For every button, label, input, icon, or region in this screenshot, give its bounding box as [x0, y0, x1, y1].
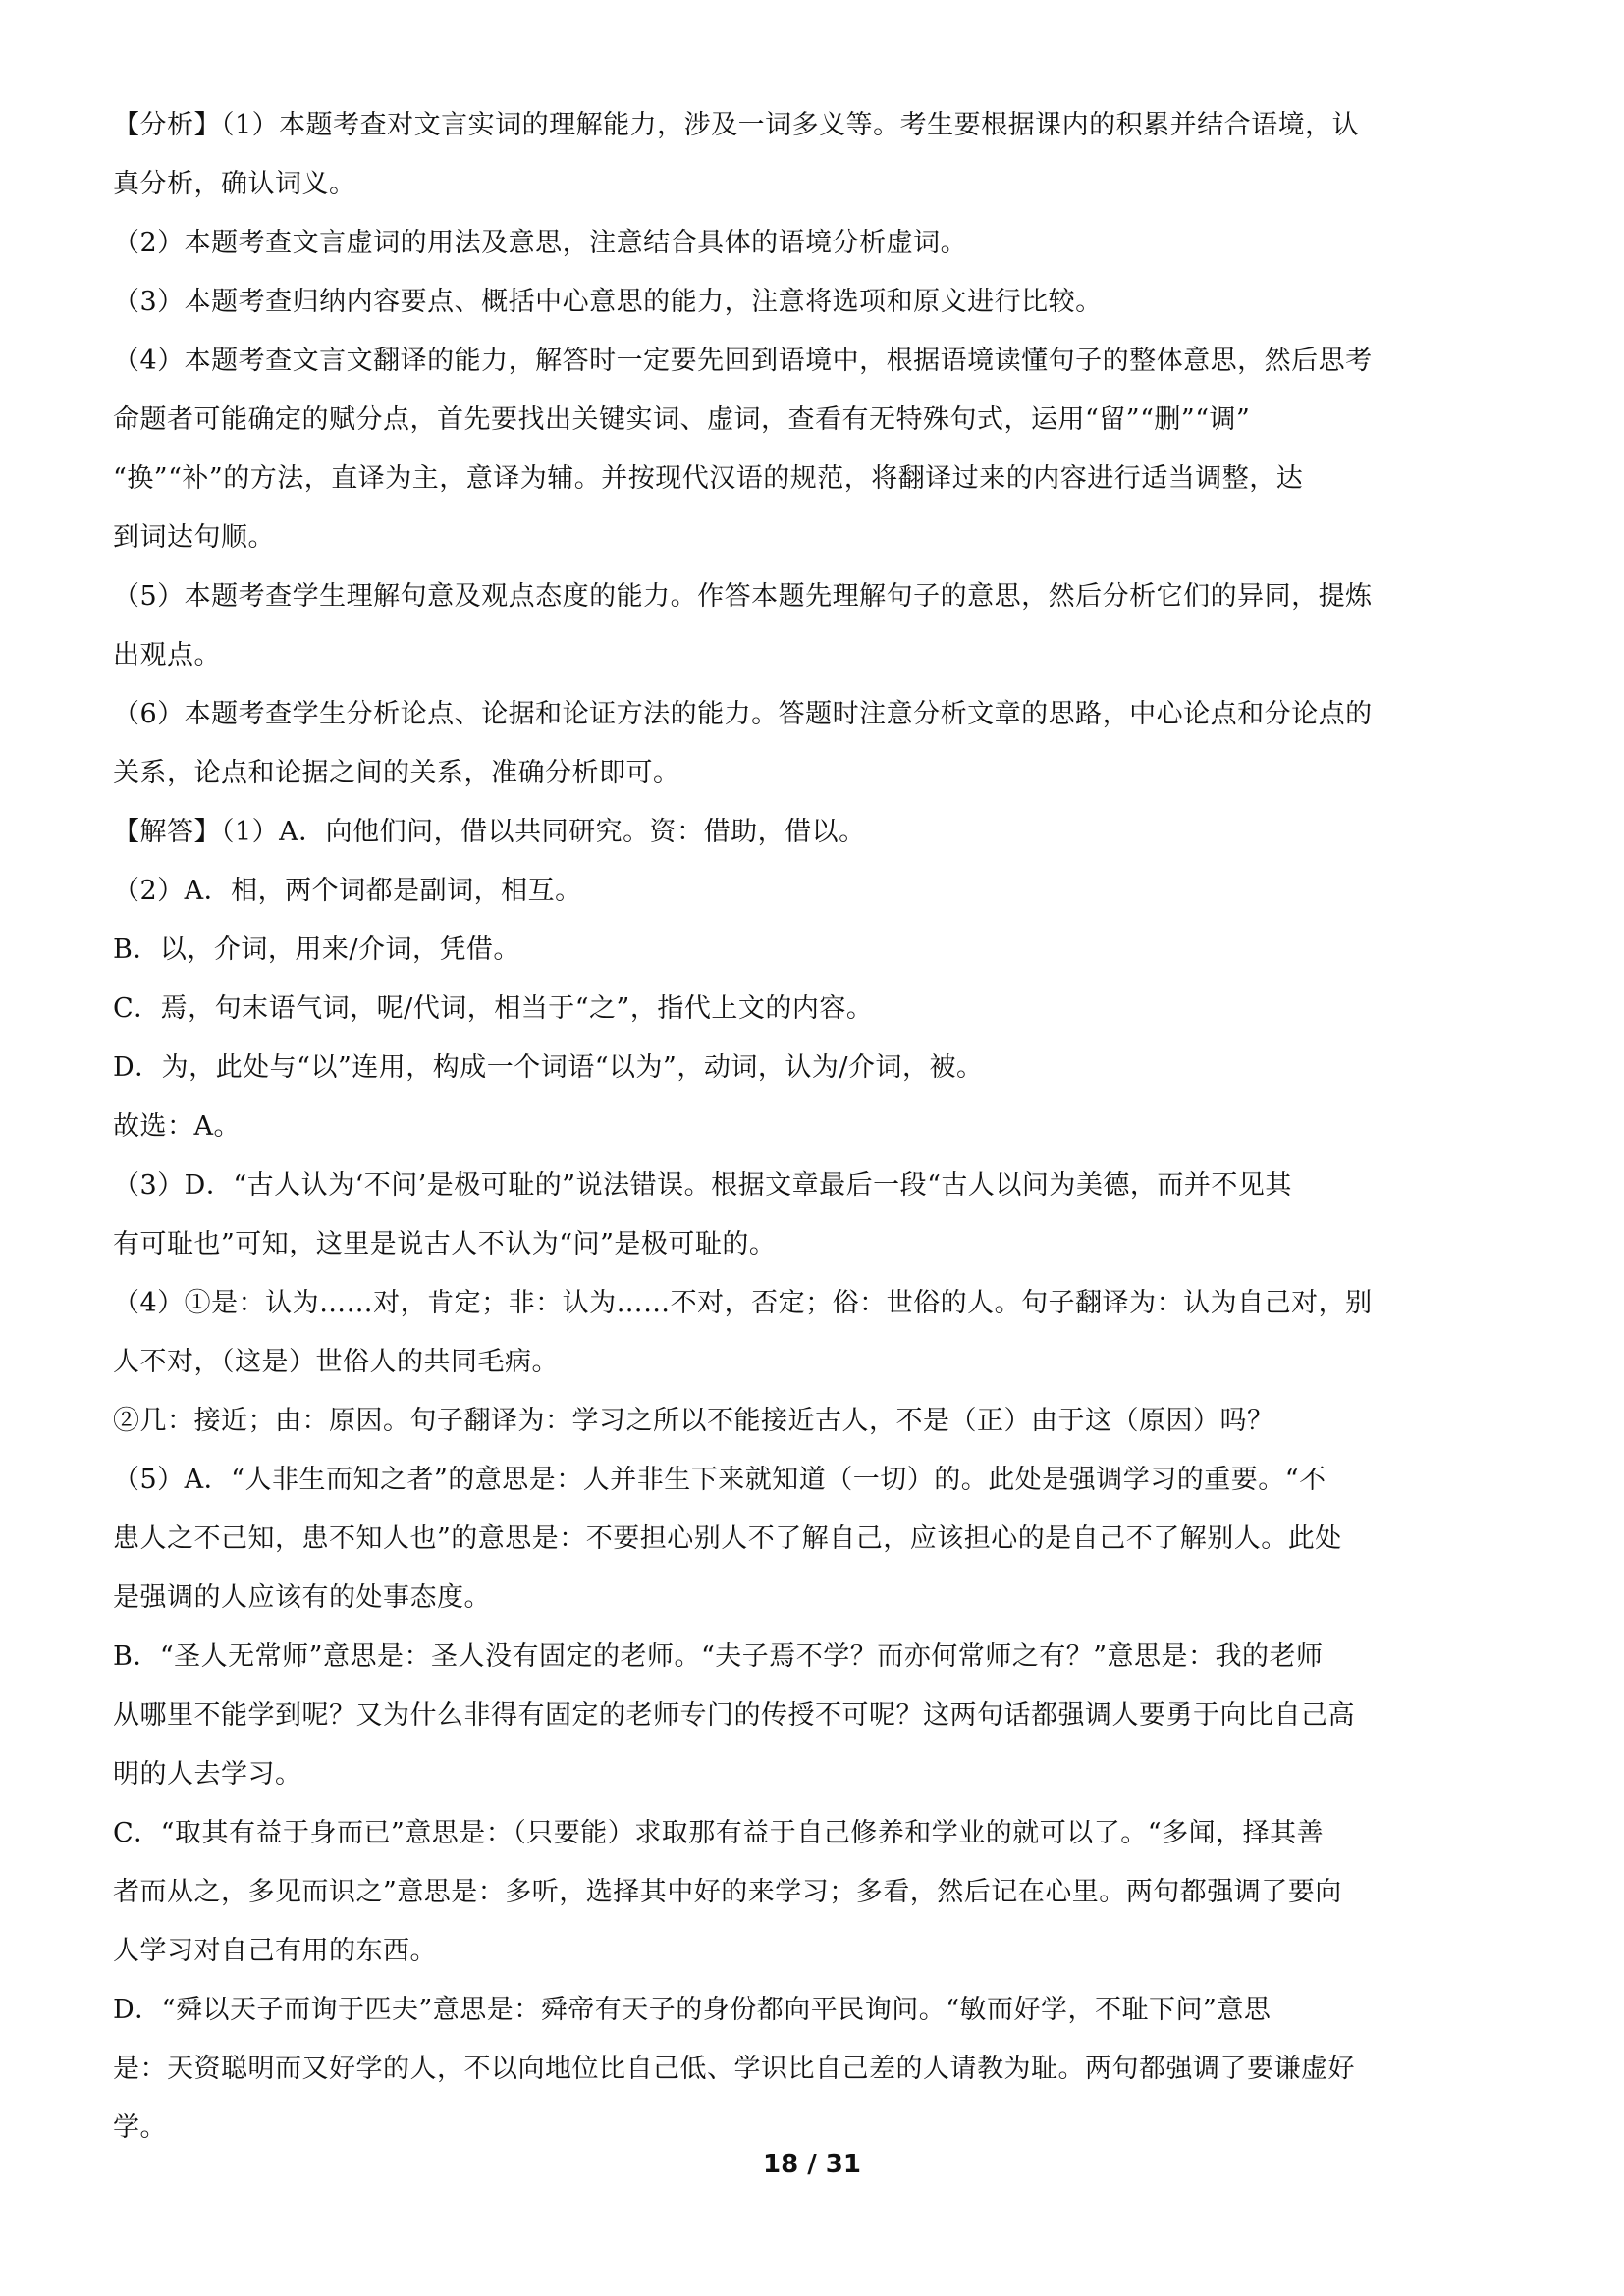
page-number: 18 / 31	[0, 2150, 1624, 2179]
analysis-line: 关系，论点和论据之间的关系，准确分析即可。	[113, 744, 1527, 803]
answer-line: （3）D．“古人认为‘不问’是极可耻的”说法错误。根据文章最后一段“古人以问为美…	[113, 1156, 1527, 1215]
answer-line: 学。	[113, 2099, 1527, 2158]
answer-line: 患人之不己知，患不知人也”的意思是：不要担心别人不了解自己，应该担心的是自己不了…	[113, 1510, 1527, 1569]
analysis-line: 出观点。	[113, 626, 1527, 685]
answer-line: 是：天资聪明而又好学的人，不以向地位比自己低、学识比自己差的人请教为耻。两句都强…	[113, 2040, 1527, 2099]
analysis-line: 真分析，确认词义。	[113, 155, 1527, 214]
analysis-line: 【分析】（1）本题考查对文言实词的理解能力，涉及一词多义等。考生要根据课内的积累…	[113, 96, 1527, 155]
answer-line: 人不对，（这是）世俗人的共同毛病。	[113, 1333, 1527, 1392]
answer-line: （2）A．相，两个词都是副词，相互。	[113, 862, 1527, 921]
answer-line: B．“圣人无常师”意思是：圣人没有固定的老师。“夫子焉不学？而亦何常师之有？”意…	[113, 1628, 1527, 1686]
answer-line: C．焉，句末语气词，呢/代词，相当于“之”，指代上文的内容。	[113, 980, 1527, 1039]
answer-line: D．“舜以天子而询于匹夫”意思是：舜帝有天子的身份都向平民询问。“敏而好学，不耻…	[113, 1981, 1527, 2040]
analysis-line: 命题者可能确定的赋分点，首先要找出关键实词、虚词，查看有无特殊句式，运用“留”“…	[113, 391, 1527, 450]
answer-line: C．“取其有益于身而已”意思是：（只要能）求取那有益于自己修养和学业的就可以了。…	[113, 1804, 1527, 1863]
analysis-line: 到词达句顺。	[113, 508, 1527, 567]
analysis-line: （5）本题考查学生理解句意及观点态度的能力。作答本题先理解句子的意思，然后分析它…	[113, 567, 1527, 626]
answer-line: ②几：接近；由：原因。句子翻译为：学习之所以不能接近古人，不是（正）由于这（原因…	[113, 1392, 1527, 1451]
answer-line: 明的人去学习。	[113, 1745, 1527, 1804]
answer-line: B．以，介词，用来/介词，凭借。	[113, 921, 1527, 980]
analysis-line: （4）本题考查文言文翻译的能力，解答时一定要先回到语境中，根据语境读懂句子的整体…	[113, 332, 1527, 391]
answer-line: （4）①是：认为……对，肯定；非：认为……不对，否定；俗：世俗的人。句子翻译为：…	[113, 1274, 1527, 1333]
answer-line: 是强调的人应该有的处事态度。	[113, 1569, 1527, 1628]
answer-line: 有可耻也”可知，这里是说古人不认为“问”是极可耻的。	[113, 1215, 1527, 1274]
analysis-line: “换”“补”的方法，直译为主，意译为辅。并按现代汉语的规范，将翻译过来的内容进行…	[113, 450, 1527, 508]
analysis-line: （3）本题考查归纳内容要点、概括中心意思的能力，注意将选项和原文进行比较。	[113, 273, 1527, 332]
answer-line: 从哪里不能学到呢？又为什么非得有固定的老师专门的传授不可呢？这两句话都强调人要勇…	[113, 1686, 1527, 1745]
answer-line: （5）A．“人非生而知之者”的意思是：人并非生下来就知道（一切）的。此处是强调学…	[113, 1451, 1527, 1510]
answer-line: 故选：A。	[113, 1097, 1527, 1156]
answer-line: 【解答】（1）A．向他们问，借以共同研究。资：借助，借以。	[113, 803, 1527, 862]
document-body: 【分析】（1）本题考查对文言实词的理解能力，涉及一词多义等。考生要根据课内的积累…	[113, 96, 1527, 2158]
answer-line: 者而从之，多见而识之”意思是：多听，选择其中好的来学习；多看，然后记在心里。两句…	[113, 1863, 1527, 1922]
answer-line: D．为，此处与“以”连用，构成一个词语“以为”，动词，认为/介词，被。	[113, 1039, 1527, 1097]
analysis-line: （6）本题考查学生分析论点、论据和论证方法的能力。答题时注意分析文章的思路，中心…	[113, 685, 1527, 744]
analysis-line: （2）本题考查文言虚词的用法及意思，注意结合具体的语境分析虚词。	[113, 214, 1527, 273]
answer-line: 人学习对自己有用的东西。	[113, 1922, 1527, 1981]
